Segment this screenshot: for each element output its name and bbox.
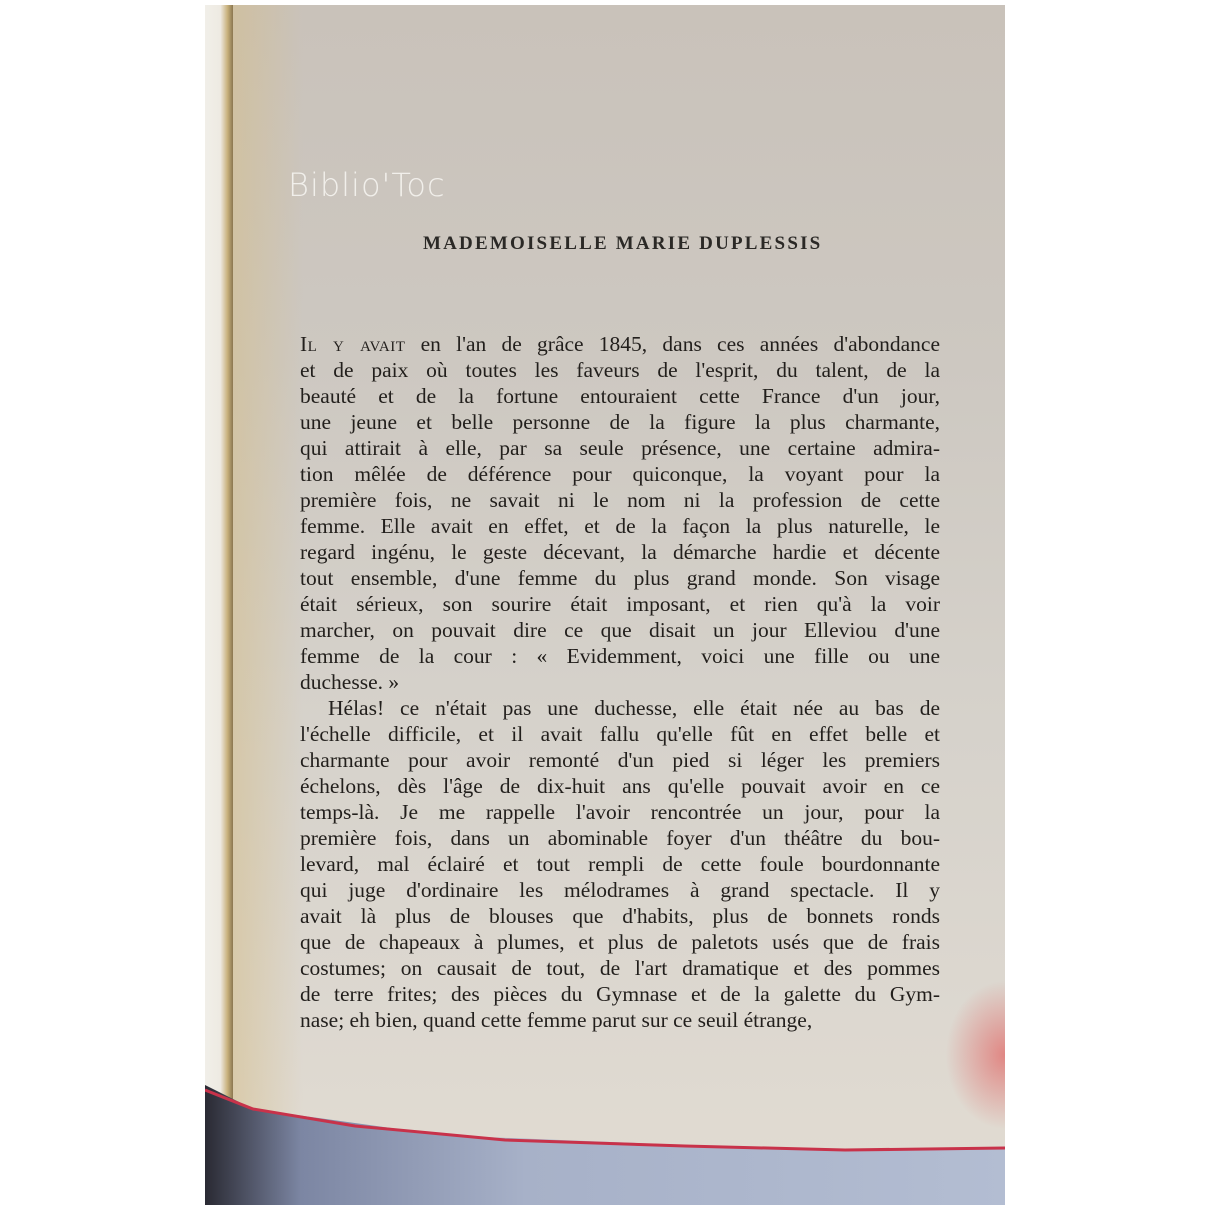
table-surface — [205, 1085, 1005, 1205]
text-line: échelons, dès l'âge de dix-huit ans qu'e… — [300, 773, 940, 799]
text-line: avait là plus de blouses que d'habits, p… — [300, 903, 940, 929]
text-line: femme. Elle avait en effet, et de la faç… — [300, 513, 940, 539]
text-line: qui attirait à elle, par sa seule présen… — [300, 435, 940, 461]
text-line: première fois, dans un abominable foyer … — [300, 825, 940, 851]
text-line: de terre frites; des pièces du Gymnase e… — [300, 981, 940, 1007]
text-line: temps-là. Je me rappelle l'avoir rencont… — [300, 799, 940, 825]
text-line: première fois, ne savait ni le nom ni la… — [300, 487, 940, 513]
text-line: beauté et de la fortune entouraient cett… — [300, 383, 940, 409]
text-line: et de paix où toutes les faveurs de l'es… — [300, 357, 940, 383]
text-line: tout ensemble, d'une femme du plus grand… — [300, 565, 940, 591]
text-line: charmante pour avoir remonté d'un pied s… — [300, 747, 940, 773]
text-line: une jeune et belle personne de la figure… — [300, 409, 940, 435]
text-line: costumes; on causait de tout, de l'art d… — [300, 955, 940, 981]
text-line: nase; eh bien, quand cette femme parut s… — [300, 1007, 940, 1033]
book-spine — [205, 5, 233, 1205]
text-line: tion mêlée de déférence pour quiconque, … — [300, 461, 940, 487]
watermark-logo: Biblio'Toc — [288, 166, 446, 204]
text-line: l'échelle difficile, et il avait fallu q… — [300, 721, 940, 747]
text-line: duchesse. » — [300, 669, 940, 695]
text-line: levard, mal éclairé et tout rempli de ce… — [300, 851, 940, 877]
text-line: Hélas! ce n'était pas une duchesse, elle… — [300, 695, 940, 721]
text-line: Il y avait en l'an de grâce 1845, dans c… — [300, 331, 940, 357]
text-line: marcher, on pouvait dire ce que disait u… — [300, 617, 940, 643]
body-text: Il y avait en l'an de grâce 1845, dans c… — [300, 331, 940, 1033]
chapter-title: MADEMOISELLE MARIE DUPLESSIS — [423, 233, 822, 255]
lead-in-smallcaps: Il y avait — [300, 332, 405, 356]
text-line: était sérieux, son sourire était imposan… — [300, 591, 940, 617]
text-line: femme de la cour : « Evidemment, voici u… — [300, 643, 940, 669]
text-line: regard ingénu, le geste décevant, la dém… — [300, 539, 940, 565]
text-line: qui juge d'ordinaire les mélodrames à gr… — [300, 877, 940, 903]
text-line: que de chapeaux à plumes, et plus de pal… — [300, 929, 940, 955]
red-edge-stain — [945, 980, 1005, 1130]
